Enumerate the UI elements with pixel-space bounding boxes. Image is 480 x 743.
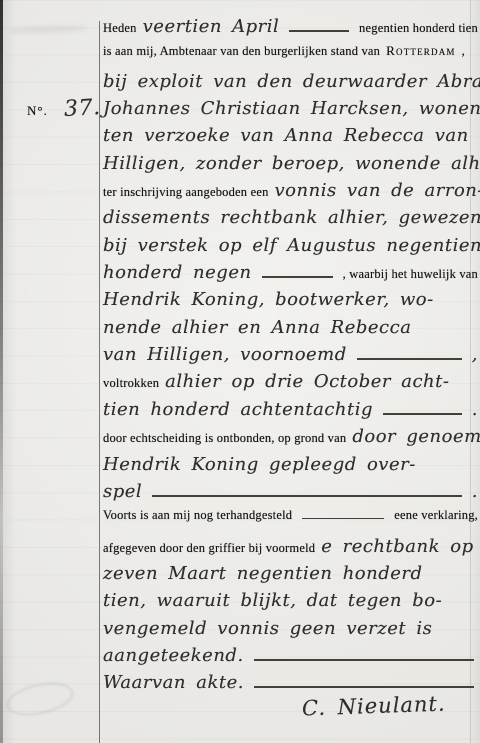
handwritten-text: Hendrik Koning gepleegd over- <box>103 454 416 475</box>
printed-text: negentien honderd tien <box>359 21 478 36</box>
document-line: spel. <box>103 481 478 508</box>
printed-text: door echtscheiding is ontbonden, op gron… <box>103 431 346 446</box>
handwritten-text: tien honderd achtentachtig <box>103 399 373 420</box>
filler-line <box>383 409 462 415</box>
document-line: vengemeld vonnis geen verzet is <box>103 618 478 645</box>
handwritten-text: vonnis van de arron- <box>275 180 480 201</box>
document-lines: Hedenveertien Aprilnegentien honderd tie… <box>103 16 478 700</box>
document-line: nende alhier en Anna Rebecca <box>103 317 478 344</box>
document-line: bij verstek op elf Augustus negentien <box>103 235 478 262</box>
bleedthrough-mark <box>8 25 88 35</box>
document-line: Hedenveertien Aprilnegentien honderd tie… <box>103 16 478 43</box>
document-line: Voorts is aan mij nog terhandgesteldeene… <box>103 508 478 535</box>
scan-edge-left <box>0 0 3 743</box>
registry-number-value: 37. <box>63 95 101 122</box>
printed-text: afgegeven door den griffier bij voormeld <box>103 541 315 556</box>
handwritten-text: nende alhier en Anna Rebecca <box>103 317 411 338</box>
handwritten-text: Waarvan akte. <box>103 672 244 693</box>
filler-line <box>152 491 462 497</box>
printed-text: is aan mij, Ambtenaar van den burgerlijk… <box>103 44 380 59</box>
document-line: bij exploit van den deurwaarder Abraham- <box>103 71 478 98</box>
document-line: Hilligen, zonder beroep, wonende alhier, <box>103 153 478 180</box>
document-line: tien, waaruit blijkt, dat tegen bo- <box>103 590 478 617</box>
handwritten-text: dissements rechtbank alhier, gewezen, <box>103 207 480 228</box>
handwritten-text: alhier op drie October acht- <box>165 371 449 392</box>
document-line: afgegeven door den griffier bij voormeld… <box>103 536 478 563</box>
handwritten-text: ten verzoeke van Anna Rebecca van <box>103 125 469 146</box>
handwritten-text: zeven Maart negentien honderd <box>103 563 423 584</box>
handwritten-text: Hendrik Koning, bootwerker, wo- <box>103 289 434 310</box>
filler-line <box>254 682 474 688</box>
handwritten-text: Hilligen, zonder beroep, wonende alhier, <box>103 153 480 174</box>
filler-line <box>262 272 333 278</box>
document-line: ter inschrijving aangeboden eenvonnis va… <box>103 180 478 207</box>
registry-number: N°.37. <box>11 78 100 139</box>
handwritten-text: Johannes Christiaan Harcksen, wonende al… <box>103 98 480 119</box>
handwritten-text: , <box>472 344 478 365</box>
handwritten-text: bij exploit van den deurwaarder Abraham- <box>103 71 480 92</box>
handwritten-text: aangeteekend. <box>103 645 244 666</box>
handwritten-text: veertien April <box>143 16 280 37</box>
document-line: dissements rechtbank alhier, gewezen, <box>103 207 478 234</box>
printed-text: , waarbij het huwelijk van <box>343 267 478 282</box>
document-line: ten verzoeke van Anna Rebecca van <box>103 125 478 152</box>
handwritten-text: bij verstek op elf Augustus negentien <box>103 235 480 256</box>
document-line: tien honderd achtentachtig. <box>103 399 478 426</box>
document-line: voltrokkenalhier op drie October acht- <box>103 371 478 398</box>
handwritten-text: . <box>472 399 478 420</box>
handwritten-text: van Hilligen, voornoemd <box>103 344 347 365</box>
document-line: is aan mij, Ambtenaar van den burgerlijk… <box>103 43 478 70</box>
handwritten-text: e rechtbank op <box>321 536 473 557</box>
handwritten-text: spel <box>103 481 142 502</box>
filler-line <box>254 655 474 661</box>
registry-number-label: N°. <box>27 103 48 118</box>
document-line: Hendrik Koning, bootwerker, wo- <box>103 289 478 316</box>
signature: C. Nieulant. <box>302 692 446 721</box>
document-line: honderd negen, waarbij het huwelijk van <box>103 262 478 289</box>
printed-text: eene verklaring, <box>394 508 478 523</box>
document-line: Hendrik Koning gepleegd over- <box>103 454 478 481</box>
filler-line <box>289 26 349 32</box>
printed-text: ter inschrijving aangeboden een <box>103 185 269 200</box>
printed-text: Heden <box>103 21 137 36</box>
smallcaps-text: Rotterdam <box>386 43 455 59</box>
handwritten-text: tien, waaruit blijkt, dat tegen bo- <box>103 590 442 611</box>
handwritten-text: honderd negen <box>103 262 252 283</box>
printed-text: Voorts is aan mij nog terhandgesteld <box>103 508 292 523</box>
document-line: van Hilligen, voornoemd, <box>103 344 478 371</box>
handwritten-text: door genoemden, <box>352 426 480 447</box>
document-line: Johannes Christiaan Harcksen, wonende al… <box>103 98 478 125</box>
filler-line <box>302 514 384 519</box>
printed-text: voltrokken <box>103 376 159 391</box>
filler-line <box>357 354 462 360</box>
bleedthrough-mark <box>4 677 77 720</box>
document-line: aangeteekend. <box>103 645 478 672</box>
document-line: zeven Maart negentien honderd <box>103 563 478 590</box>
printed-text: , <box>462 44 465 59</box>
document-page: N°.37. Hedenveertien Aprilnegentien hond… <box>0 0 480 743</box>
handwritten-text: vengemeld vonnis geen verzet is <box>103 618 432 639</box>
handwritten-text: . <box>472 481 478 502</box>
document-line: door echtscheiding is ontbonden, op gron… <box>103 426 478 453</box>
